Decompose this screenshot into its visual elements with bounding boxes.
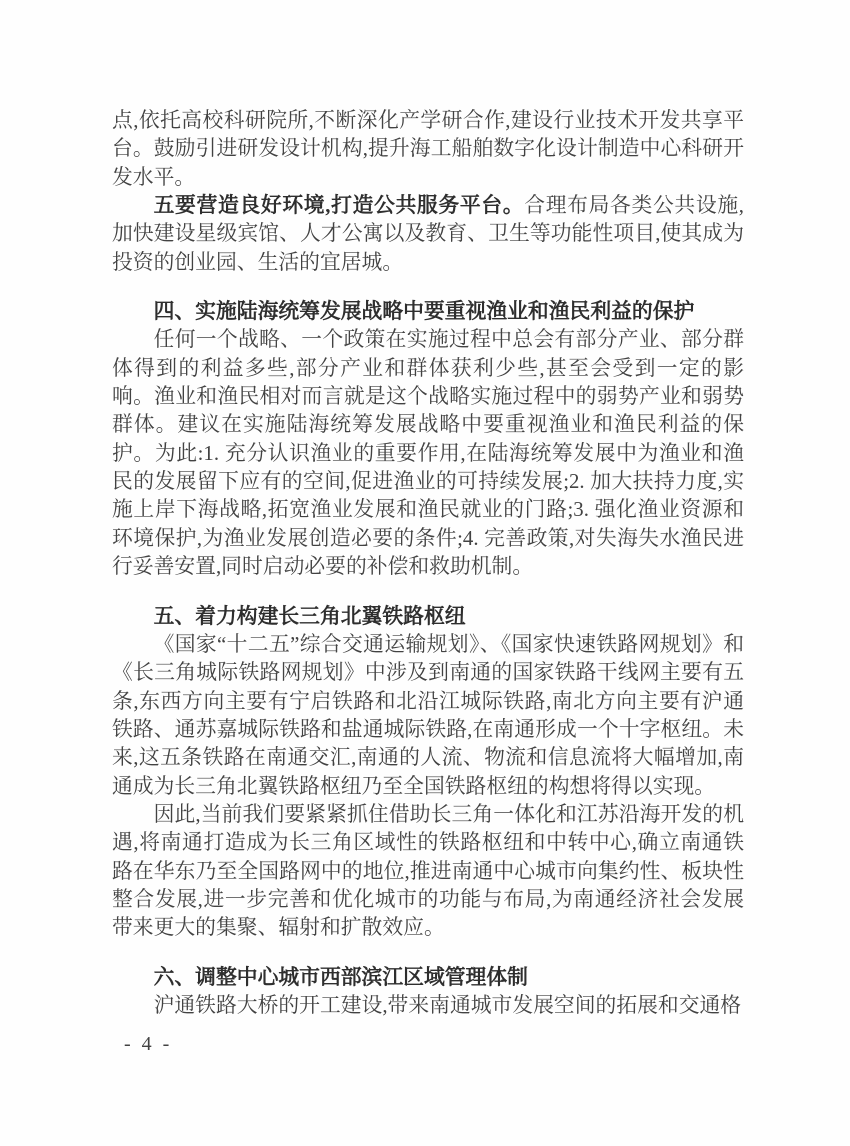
section-heading: 五、着力构建长三角北翼铁路枢纽 bbox=[112, 603, 744, 631]
paragraph: 点,依托高校科研院所,不断深化产学研合作,建设行业技术开发共享平台。鼓励引进研发… bbox=[112, 107, 744, 192]
paragraph: 《国家“十二五”综合交通运输规划》、《国家快速铁路网规划》和《长三角城际铁路网规… bbox=[112, 631, 744, 801]
paragraph: 五要营造良好环境,打造公共服务平台。合理布局各类公共设施,加快建设星级宾馆、人才… bbox=[112, 192, 744, 277]
paragraph: 任何一个战略、一个政策在实施过程中总会有部分产业、部分群体得到的利益多些,部分产… bbox=[112, 326, 744, 581]
paragraph: 沪通铁路大桥的开工建设,带来南通城市发展空间的拓展和交通格 bbox=[112, 992, 744, 1020]
paragraph: 因此,当前我们要紧紧抓住借助长三角一体化和江苏沿海开发的机遇,将南通打造成为长三… bbox=[112, 801, 744, 943]
section-heading: 六、调整中心城市西部滨江区域管理体制 bbox=[112, 964, 744, 992]
scanned-document-page: 点,依托高校科研院所,不断深化产学研合作,建设行业技术开发共享平台。鼓励引进研发… bbox=[0, 0, 850, 1146]
page-number: - 4 - bbox=[124, 1033, 172, 1056]
paragraph-lead-bold: 五要营造良好环境,打造公共服务平台。 bbox=[154, 194, 525, 217]
text-blocks: 点,依托高校科研院所,不断深化产学研合作,建设行业技术开发共享平台。鼓励引进研发… bbox=[112, 107, 744, 1020]
page-text-column: 点,依托高校科研院所,不断深化产学研合作,建设行业技术开发共享平台。鼓励引进研发… bbox=[112, 107, 744, 1020]
section-heading: 四、实施陆海统筹发展战略中要重视渔业和渔民利益的保护 bbox=[112, 298, 744, 326]
